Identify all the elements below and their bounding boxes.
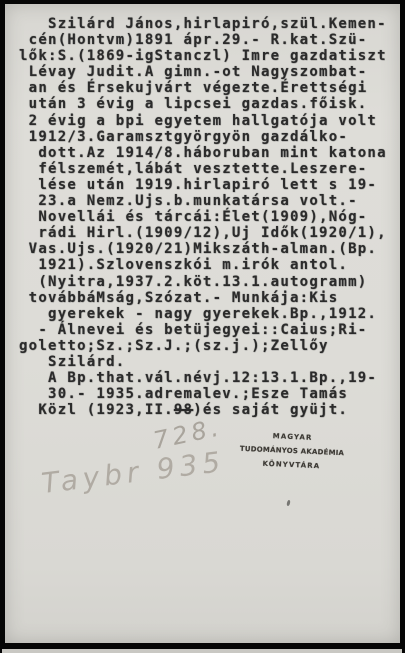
text-line: goletto;Sz.;Sz.J.;(sz.j.);Zellőy [19,338,387,354]
library-stamp: MAGYAR TUDOMÁNYOS AKADÉMIA KÖNYVTÁRA [232,431,351,471]
text-line: gyerekek - nagy gyerekek.Bp.,1912. [19,306,387,322]
text-line: lése után 1919.hirlapiró lett s 19- [19,177,387,193]
text-line: Szilárd. [19,354,387,370]
stamp-line-magyar: MAGYAR [234,431,352,443]
text-line: lők:S.(1869-igStanczl) Imre gazdatiszt [19,48,387,64]
text-line: dott.Az 1914/8.háboruban mint katona [19,145,387,161]
scan-bottom-edge [2,649,402,653]
text-line: (Nyitra,1937.2.köt.13.1.autogramm) [19,274,387,290]
text-line: A Bp.that.vál.névj.12:13.1.Bp.,19- [19,370,387,386]
struck-text: 98 [174,402,193,418]
typewritten-text-block: Szilárd János,hirlapiró,szül.Kemen- cén(… [19,16,387,418]
text-line: továbbáMság,Szózat.- Munkája:Kis [19,290,387,306]
text-line: 1912/3.Garamsztgyörgyön gazdálko- [19,129,387,145]
text-line: Szilárd János,hirlapiró,szül.Kemen- [19,16,387,32]
text-line: Lévay Judit.A gimn.-ot Nagyszombat- [19,64,387,80]
text-segment: Közl (1923,II. [19,402,174,418]
text-line: - Álnevei és betüjegyei::Caius;Ri- [19,322,387,338]
text-line: Novellái és tárcái:Élet(1909),Nóg- [19,209,387,225]
ink-speck [286,500,290,507]
catalog-card-paper: Szilárd János,hirlapiró,szül.Kemen- cén(… [5,4,400,643]
scanned-card-photo: Szilárd János,hirlapiró,szül.Kemen- cén(… [0,0,405,653]
text-line: 23.a Nemz.Ujs.b.munkatársa volt.- [19,193,387,209]
stamp-line-konyvtara: KÖNYVTÁRA [232,459,350,471]
text-line: rádi Hirl.(1909/12),Uj Idők(1920/1), [19,225,387,241]
text-line: Vas.Ujs.(1920/21)Mikszáth-alman.(Bp. [19,241,387,257]
stamp-line-akademia: TUDOMÁNYOS AKADÉMIA [233,445,351,457]
text-line: 1921).Szlovenszkói m.irók antol. [19,257,387,273]
text-line: után 3 évig a lipcsei gazdas.főisk. [19,96,387,112]
text-line: an és Érsekujvárt végezte.Érettségi [19,80,387,96]
handwritten-note: Taybr 935 [40,445,227,500]
text-line: cén(Hontvm)1891 ápr.29.- R.kat.Szü- [19,32,387,48]
text-line: 30.- 1935.adremalev.;Esze Tamás [19,386,387,402]
text-line: félszemét,lábát vesztette.Leszere- [19,161,387,177]
text-line: 2 évig a bpi egyetem hallgatója volt [19,113,387,129]
